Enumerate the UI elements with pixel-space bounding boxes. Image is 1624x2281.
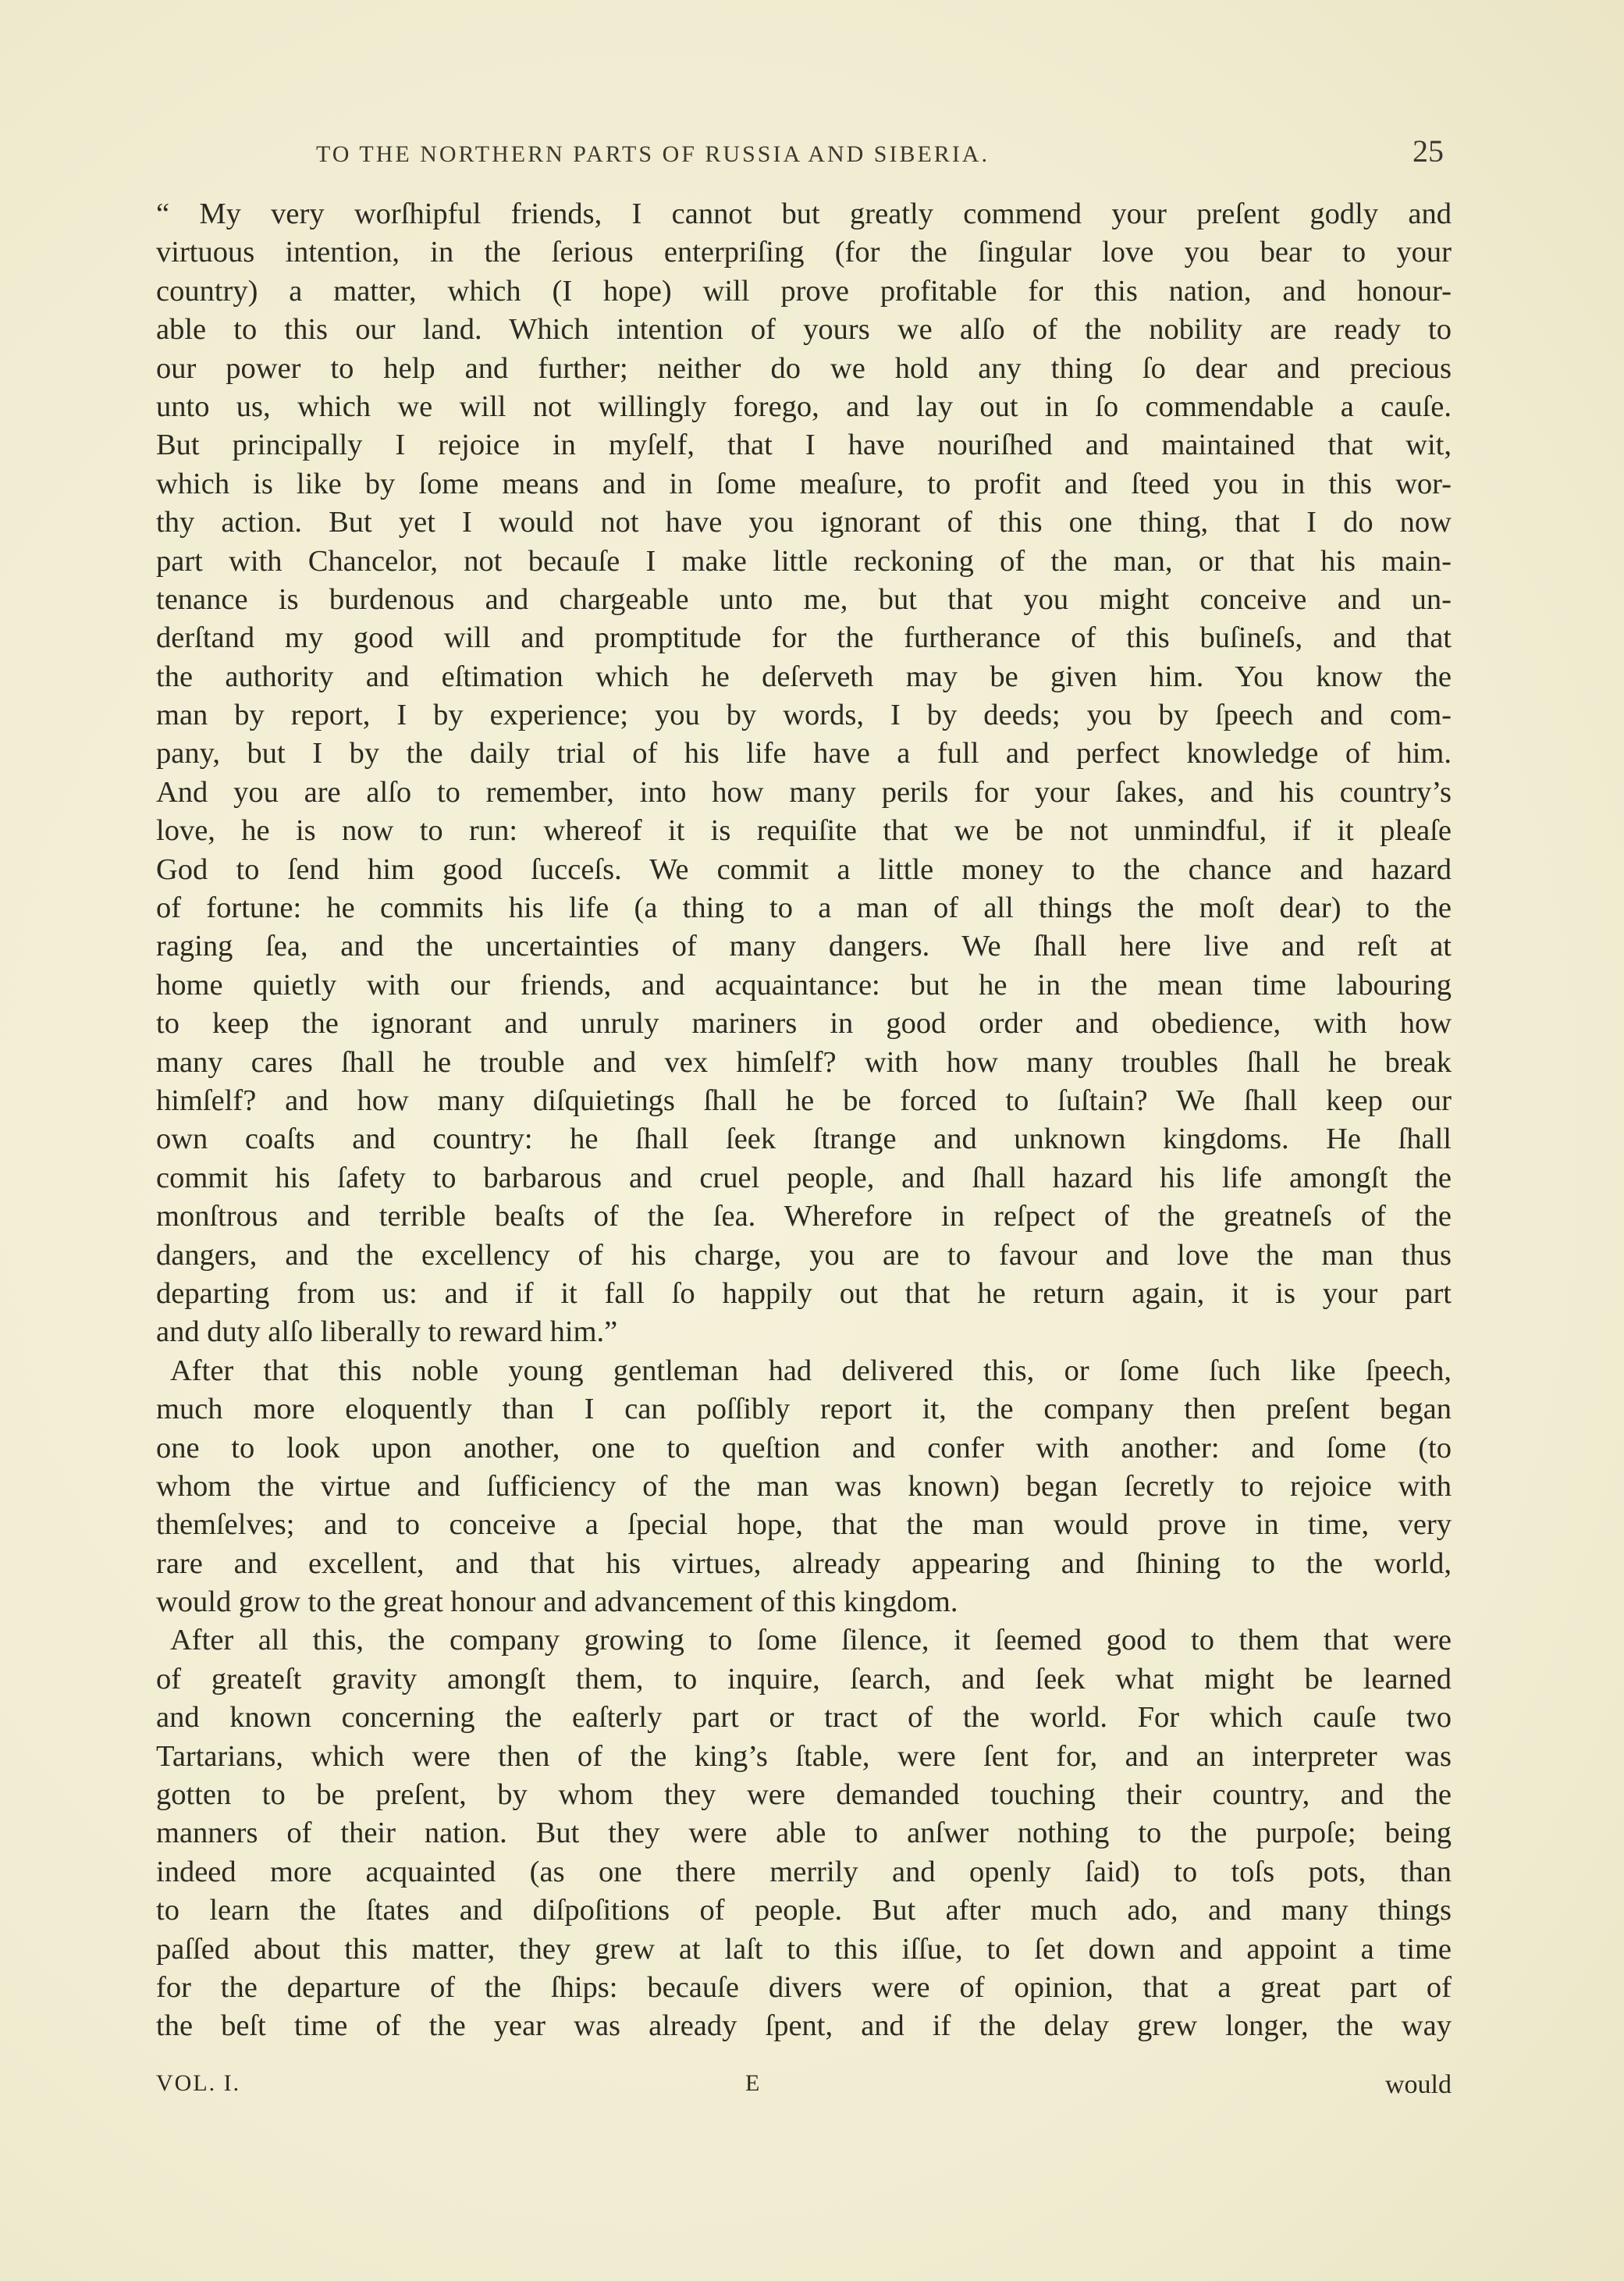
text-line: of greateſt gravity amongſt them, to inq… [156,1660,1452,1699]
text-line: rare and excellent, and that his virtues… [156,1545,1452,1583]
text-line: pany, but I by the daily trial of his li… [156,735,1452,773]
text-line: man by report, I by experience; you by w… [156,696,1452,735]
text-line-paragraph-start: After all this, the company growing to ſ… [156,1621,1452,1660]
book-page: TO THE NORTHERN PARTS OF RUSSIA AND SIBE… [0,0,1624,2281]
text-line: tenance is burdenous and chargeable unto… [156,581,1452,619]
text-line: gotten to be preſent, by whom they were … [156,1776,1452,1814]
text-line: “ My very worſhipful friends, I cannot b… [156,195,1452,233]
text-line: own coaſts and country: he ſhall ſeek ſt… [156,1120,1452,1158]
text-line: And you are alſo to remember, into how m… [156,774,1452,812]
text-line: and known concerning the eaſterly part o… [156,1699,1452,1737]
text-line: whom the virtue and ſufficiency of the m… [156,1468,1452,1506]
text-line: part with Chancelor, not becauſe I make … [156,543,1452,581]
text-line-paragraph-end: and duty alſo liberally to reward him.” [156,1313,1452,1351]
text-line: of fortune: he commits his life (a thing… [156,889,1452,927]
text-line: country) a matter, which (I hope) will p… [156,272,1452,311]
catchword: would [1385,2070,1452,2100]
text-line: to keep the ignorant and unruly mariners… [156,1005,1452,1043]
text-line-paragraph-start: After that this noble young gentleman ha… [156,1352,1452,1390]
text-line: unto us, which we will not willingly for… [156,388,1452,426]
text-line: thy action. But yet I would not have you… [156,504,1452,542]
text-line: which is like by ſome means and in ſome … [156,465,1452,504]
text-line: themſelves; and to conceive a ſpecial ho… [156,1506,1452,1544]
text-line: himſelf? and how many diſquietings ſhall… [156,1082,1452,1120]
running-head-title: TO THE NORTHERN PARTS OF RUSSIA AND SIBE… [316,141,990,168]
text-line: raging ſea, and the uncertainties of man… [156,927,1452,966]
text-line: many cares ſhall he trouble and vex himſ… [156,1044,1452,1082]
page-number: 25 [1413,133,1444,169]
text-line: our power to help and further; neither d… [156,350,1452,388]
text-line: virtuous intention, in the ſerious enter… [156,233,1452,272]
text-line: But principally I rejoice in myſelf, tha… [156,426,1452,464]
volume-signature: VOL. I. [156,2070,240,2097]
text-line: much more eloquently than I can poſſibly… [156,1390,1452,1429]
text-line: love, he is now to run: whereof it is re… [156,812,1452,850]
text-line: Tartarians, which were then of the king’… [156,1738,1452,1776]
text-line: one to look upon another, one to queſtio… [156,1429,1452,1468]
text-line: commit his ſafety to barbarous and cruel… [156,1159,1452,1197]
signature-mark: E [745,2070,759,2097]
text-line: departing from us: and if it fall ſo hap… [156,1275,1452,1313]
text-line: the beſt time of the year was already ſp… [156,2007,1452,2045]
text-line: home quietly with our friends, and acqua… [156,966,1452,1005]
text-line: monſtrous and terrible beaſts of the ſea… [156,1197,1452,1236]
text-line: manners of their nation. But they were a… [156,1814,1452,1852]
page-footer: VOL. I. E would [156,2070,1452,2101]
text-line: to learn the ſtates and diſpoſitions of … [156,1891,1452,1930]
text-line: indeed more acquainted (as one there mer… [156,1853,1452,1891]
text-line: dangers, and the excellency of his charg… [156,1237,1452,1275]
text-line: the authority and eſtimation which he de… [156,658,1452,696]
running-head: TO THE NORTHERN PARTS OF RUSSIA AND SIBE… [316,133,1444,169]
body-text: “ My very worſhipful friends, I cannot b… [156,195,1452,2046]
text-line: God to ſend him good ſucceſs. We commit … [156,851,1452,889]
text-line: able to this our land. Which intention o… [156,311,1452,349]
text-line: for the departure of the ſhips: becauſe … [156,1969,1452,2007]
text-line: paſſed about this matter, they grew at l… [156,1930,1452,1969]
text-line: derſtand my good will and promptitude fo… [156,619,1452,657]
text-line-paragraph-end: would grow to the great honour and advan… [156,1583,1452,1621]
